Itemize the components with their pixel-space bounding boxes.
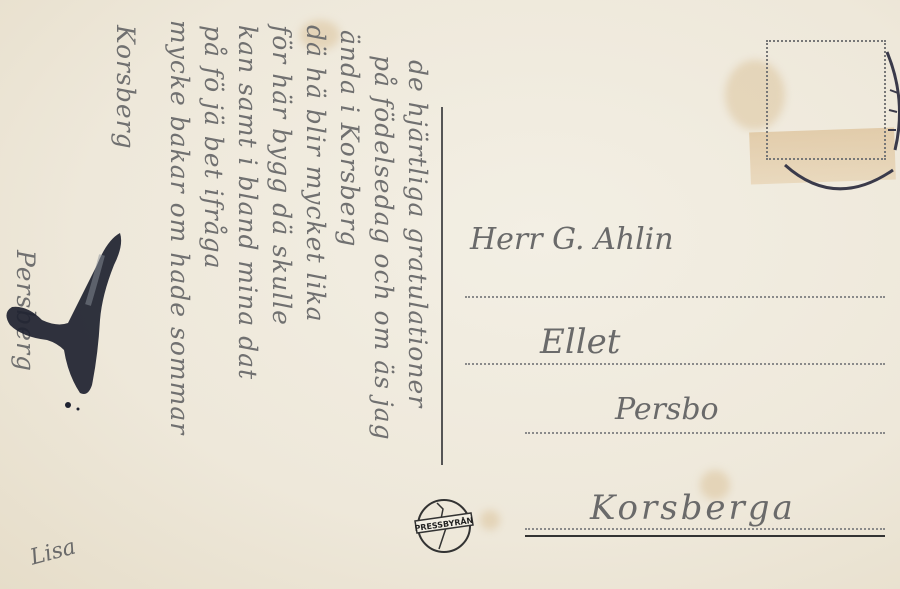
message-line: på födelsedag och om äs jag: [369, 55, 398, 441]
address-line-3: [525, 432, 885, 434]
postcard: Herr G. Ahlin Ellet Persbo Korsberga PRE…: [0, 0, 900, 589]
address-underline: [525, 535, 885, 537]
signature: Lisa: [28, 534, 79, 570]
address-line-2-text: Ellet: [540, 322, 620, 362]
center-divider: [441, 107, 443, 465]
message-line: kan samt i bland mina dat: [233, 25, 262, 380]
address-line-4: [525, 528, 885, 530]
pressbyran-logo-icon: PRESSBYRÅN: [413, 495, 475, 557]
paper-stain: [480, 510, 500, 530]
ink-blot: [2, 225, 132, 415]
address-line-2: [465, 363, 885, 365]
message-line: Korsberg: [111, 25, 140, 150]
message-line: de hjärtliga gratulationer: [403, 60, 432, 408]
message-line: ända i Korsberg: [335, 30, 364, 247]
message-line: dä hä blir mycket lika: [301, 25, 330, 323]
address-recipient-title: Herr G. Ahlin: [470, 222, 674, 257]
message-line: mycke bakar om hade sommar: [165, 20, 194, 435]
message-line: för här bygg dä skulle: [267, 25, 296, 326]
message-line: på fö jä bet ifråga: [199, 25, 228, 270]
address-line-1: [465, 296, 885, 298]
postmark-icon: [775, 40, 900, 200]
address-line-4-text: Korsberga: [590, 488, 796, 528]
address-line-3-text: Persbo: [615, 392, 719, 427]
